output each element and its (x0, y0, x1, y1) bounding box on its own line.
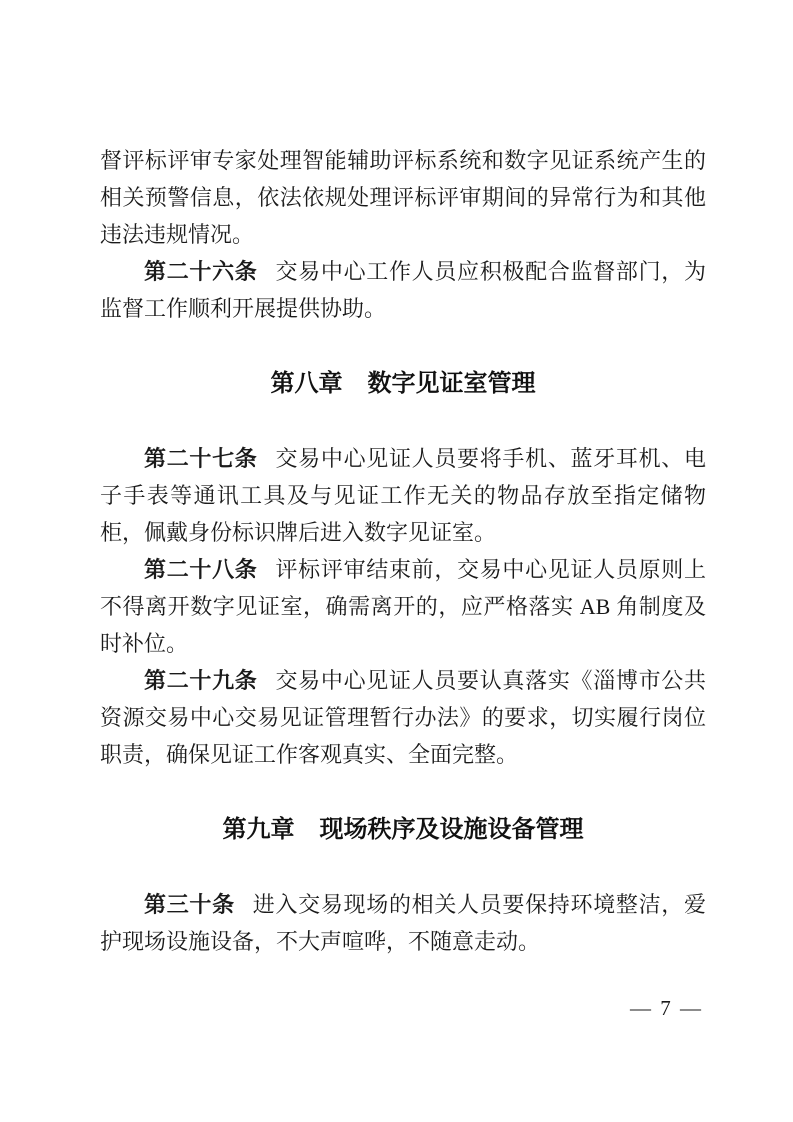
paragraph-article-30: 第三十条进入交易现场的相关人员要保持环境整洁，爱护现场设施设备，不大声喧哗，不随… (100, 886, 706, 960)
article-29-number: 第二十九条 (144, 668, 275, 693)
page-number: — 7 — (630, 996, 703, 1021)
article-26-number: 第二十六条 (144, 259, 275, 284)
paragraph-article-29: 第二十九条交易中心见证人员要认真落实《淄博市公共资源交易中心交易见证管理暂行办法… (100, 662, 706, 773)
chapter-9-title: 现场秩序及设施设备管理 (320, 816, 584, 843)
chapter-8-heading: 第八章数字见证室管理 (100, 365, 706, 402)
paragraph-article-28: 第二十八条评标评审结束前，交易中心见证人员原则上不得离开数字见证室，确需离开的，… (100, 551, 706, 662)
article-30-number: 第三十条 (144, 892, 253, 917)
chapter-9-number: 第九章 (223, 816, 295, 843)
chapter-8-number: 第八章 (271, 370, 343, 397)
paragraph-article-26: 第二十六条交易中心工作人员应积极配合监督部门，为监督工作顺利开展提供协助。 (100, 253, 706, 327)
paragraph-continuation: 督评标评审专家处理智能辅助评标系统和数字见证系统产生的相关预警信息，依法依规处理… (100, 142, 706, 253)
article-27-number: 第二十七条 (144, 446, 275, 471)
article-28-number: 第二十八条 (144, 557, 275, 582)
paragraph-article-27: 第二十七条交易中心见证人员要将手机、蓝牙耳机、电子手表等通讯工具及与见证工作无关… (100, 440, 706, 551)
chapter-9-heading: 第九章现场秩序及设施设备管理 (100, 811, 706, 848)
document-body: 督评标评审专家处理智能辅助评标系统和数字见证系统产生的相关预警信息，依法依规处理… (100, 142, 706, 960)
chapter-8-title: 数字见证室管理 (368, 370, 536, 397)
document-page: 督评标评审专家处理智能辅助评标系统和数字见证系统产生的相关预警信息，依法依规处理… (0, 0, 793, 1122)
